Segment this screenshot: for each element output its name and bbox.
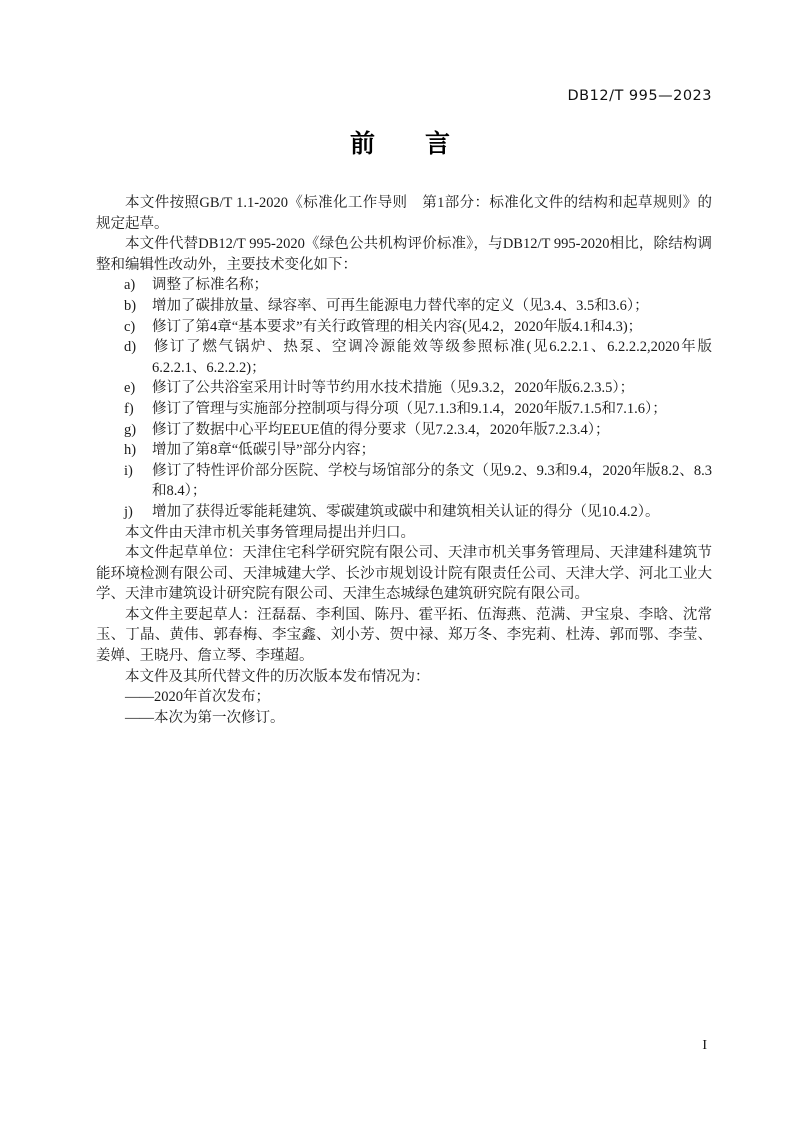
version-history-item: ——2020年首次发布； [96, 687, 712, 708]
change-list-item: b)增加了碳排放量、绿容率、可再生能源电力替代率的定义（见3.4、3.5和3.6… [96, 296, 712, 317]
list-item-text: 修订了数据中心平均EEUE值的得分要求（见7.2.3.4，2020年版7.2.3… [152, 422, 610, 438]
list-item-marker: c) [124, 317, 152, 338]
change-list-item: h)增加了第8章“低碳引导”部分内容； [96, 440, 712, 461]
list-item-text: 调整了标准名称； [152, 277, 268, 293]
change-list-item: j)增加了获得近零能耗建筑、零碳建筑或碳中和建筑相关认证的得分（见10.4.2）… [96, 502, 712, 523]
change-list-item: d)修订了燃气锅炉、热泵、空调冷源能效等级参照标准(见6.2.2.1、6.2.2… [96, 337, 712, 378]
list-item-marker: i) [124, 461, 152, 482]
page-number: I [702, 1038, 707, 1054]
list-item-text: 修订了公共浴室采用计时等节约用水技术措施（见9.3.2，2020年版6.2.3.… [152, 380, 634, 396]
doc-standard-number: DB12/T 995—2023 [568, 88, 713, 104]
list-item-marker: g) [124, 420, 152, 441]
list-item-marker: b) [124, 296, 152, 317]
change-list-item: e)修订了公共浴室采用计时等节约用水技术措施（见9.3.2，2020年版6.2.… [96, 378, 712, 399]
version-history-item: ——本次为第一次修订。 [96, 708, 712, 729]
list-item-text: 修订了燃气锅炉、热泵、空调冷源能效等级参照标准(见6.2.2.1、6.2.2.2… [152, 339, 712, 376]
change-list-item: i)修订了特性评价部分医院、学校与场馆部分的条文（见9.2、9.3和9.4，20… [96, 461, 712, 502]
list-item-text: 增加了碳排放量、绿容率、可再生能源电力替代率的定义（见3.4、3.5和3.6）； [152, 298, 649, 314]
closing-paragraph: 本文件起草单位：天津住宅科学研究院有限公司、天津市机关事务管理局、天津建科建筑节… [96, 543, 712, 605]
change-list-item: c)修订了第4章“基本要求”有关行政管理的相关内容(见4.2，2020年版4.1… [96, 317, 712, 338]
list-item-text: 增加了获得近零能耗建筑、零碳建筑或碳中和建筑相关认证的得分（见10.4.2）。 [152, 504, 660, 520]
change-list-item: f)修订了管理与实施部分控制项与得分项（见7.1.3和9.1.4，2020年版7… [96, 399, 712, 420]
list-item-marker: e) [124, 378, 152, 399]
list-item-marker: f) [124, 399, 152, 420]
document-body: 本文件按照GB/T 1.1-2020《标准化工作导则 第1部分：标准化文件的结构… [96, 193, 712, 728]
closing-paragraph: 本文件及其所代替文件的历次版本发布情况为： [96, 667, 712, 688]
change-list-item: g)修订了数据中心平均EEUE值的得分要求（见7.2.3.4，2020年版7.2… [96, 420, 712, 441]
list-item-marker: j) [124, 502, 152, 523]
list-item-marker: h) [124, 440, 152, 461]
intro-paragraph: 本文件按照GB/T 1.1-2020《标准化工作导则 第1部分：标准化文件的结构… [96, 193, 712, 234]
list-item-text: 增加了第8章“低碳引导”部分内容； [152, 442, 375, 458]
closing-paragraph: 本文件由天津市机关事务管理局提出并归口。 [96, 523, 712, 544]
change-list-item: a)调整了标准名称； [96, 275, 712, 296]
list-item-marker: a) [124, 275, 152, 296]
list-item-text: 修订了第4章“基本要求”有关行政管理的相关内容(见4.2，2020年版4.1和4… [152, 319, 642, 335]
intro-paragraph: 本文件代替DB12/T 995-2020《绿色公共机构评价标准》，与DB12/T… [96, 234, 712, 275]
page-title: 前 言 [0, 124, 800, 160]
list-item-text: 修订了管理与实施部分控制项与得分项（见7.1.3和9.1.4，2020年版7.1… [152, 401, 667, 417]
document-page: DB12/T 995—2023 前 言 本文件按照GB/T 1.1-2020《标… [0, 0, 800, 1132]
list-item-marker: d) [124, 337, 152, 358]
closing-paragraph: 本文件主要起草人：汪磊磊、李利国、陈丹、霍平拓、伍海燕、范满、尹宝泉、李晗、沈常… [96, 605, 712, 667]
list-item-text: 修订了特性评价部分医院、学校与场馆部分的条文（见9.2、9.3和9.4，2020… [152, 463, 712, 500]
